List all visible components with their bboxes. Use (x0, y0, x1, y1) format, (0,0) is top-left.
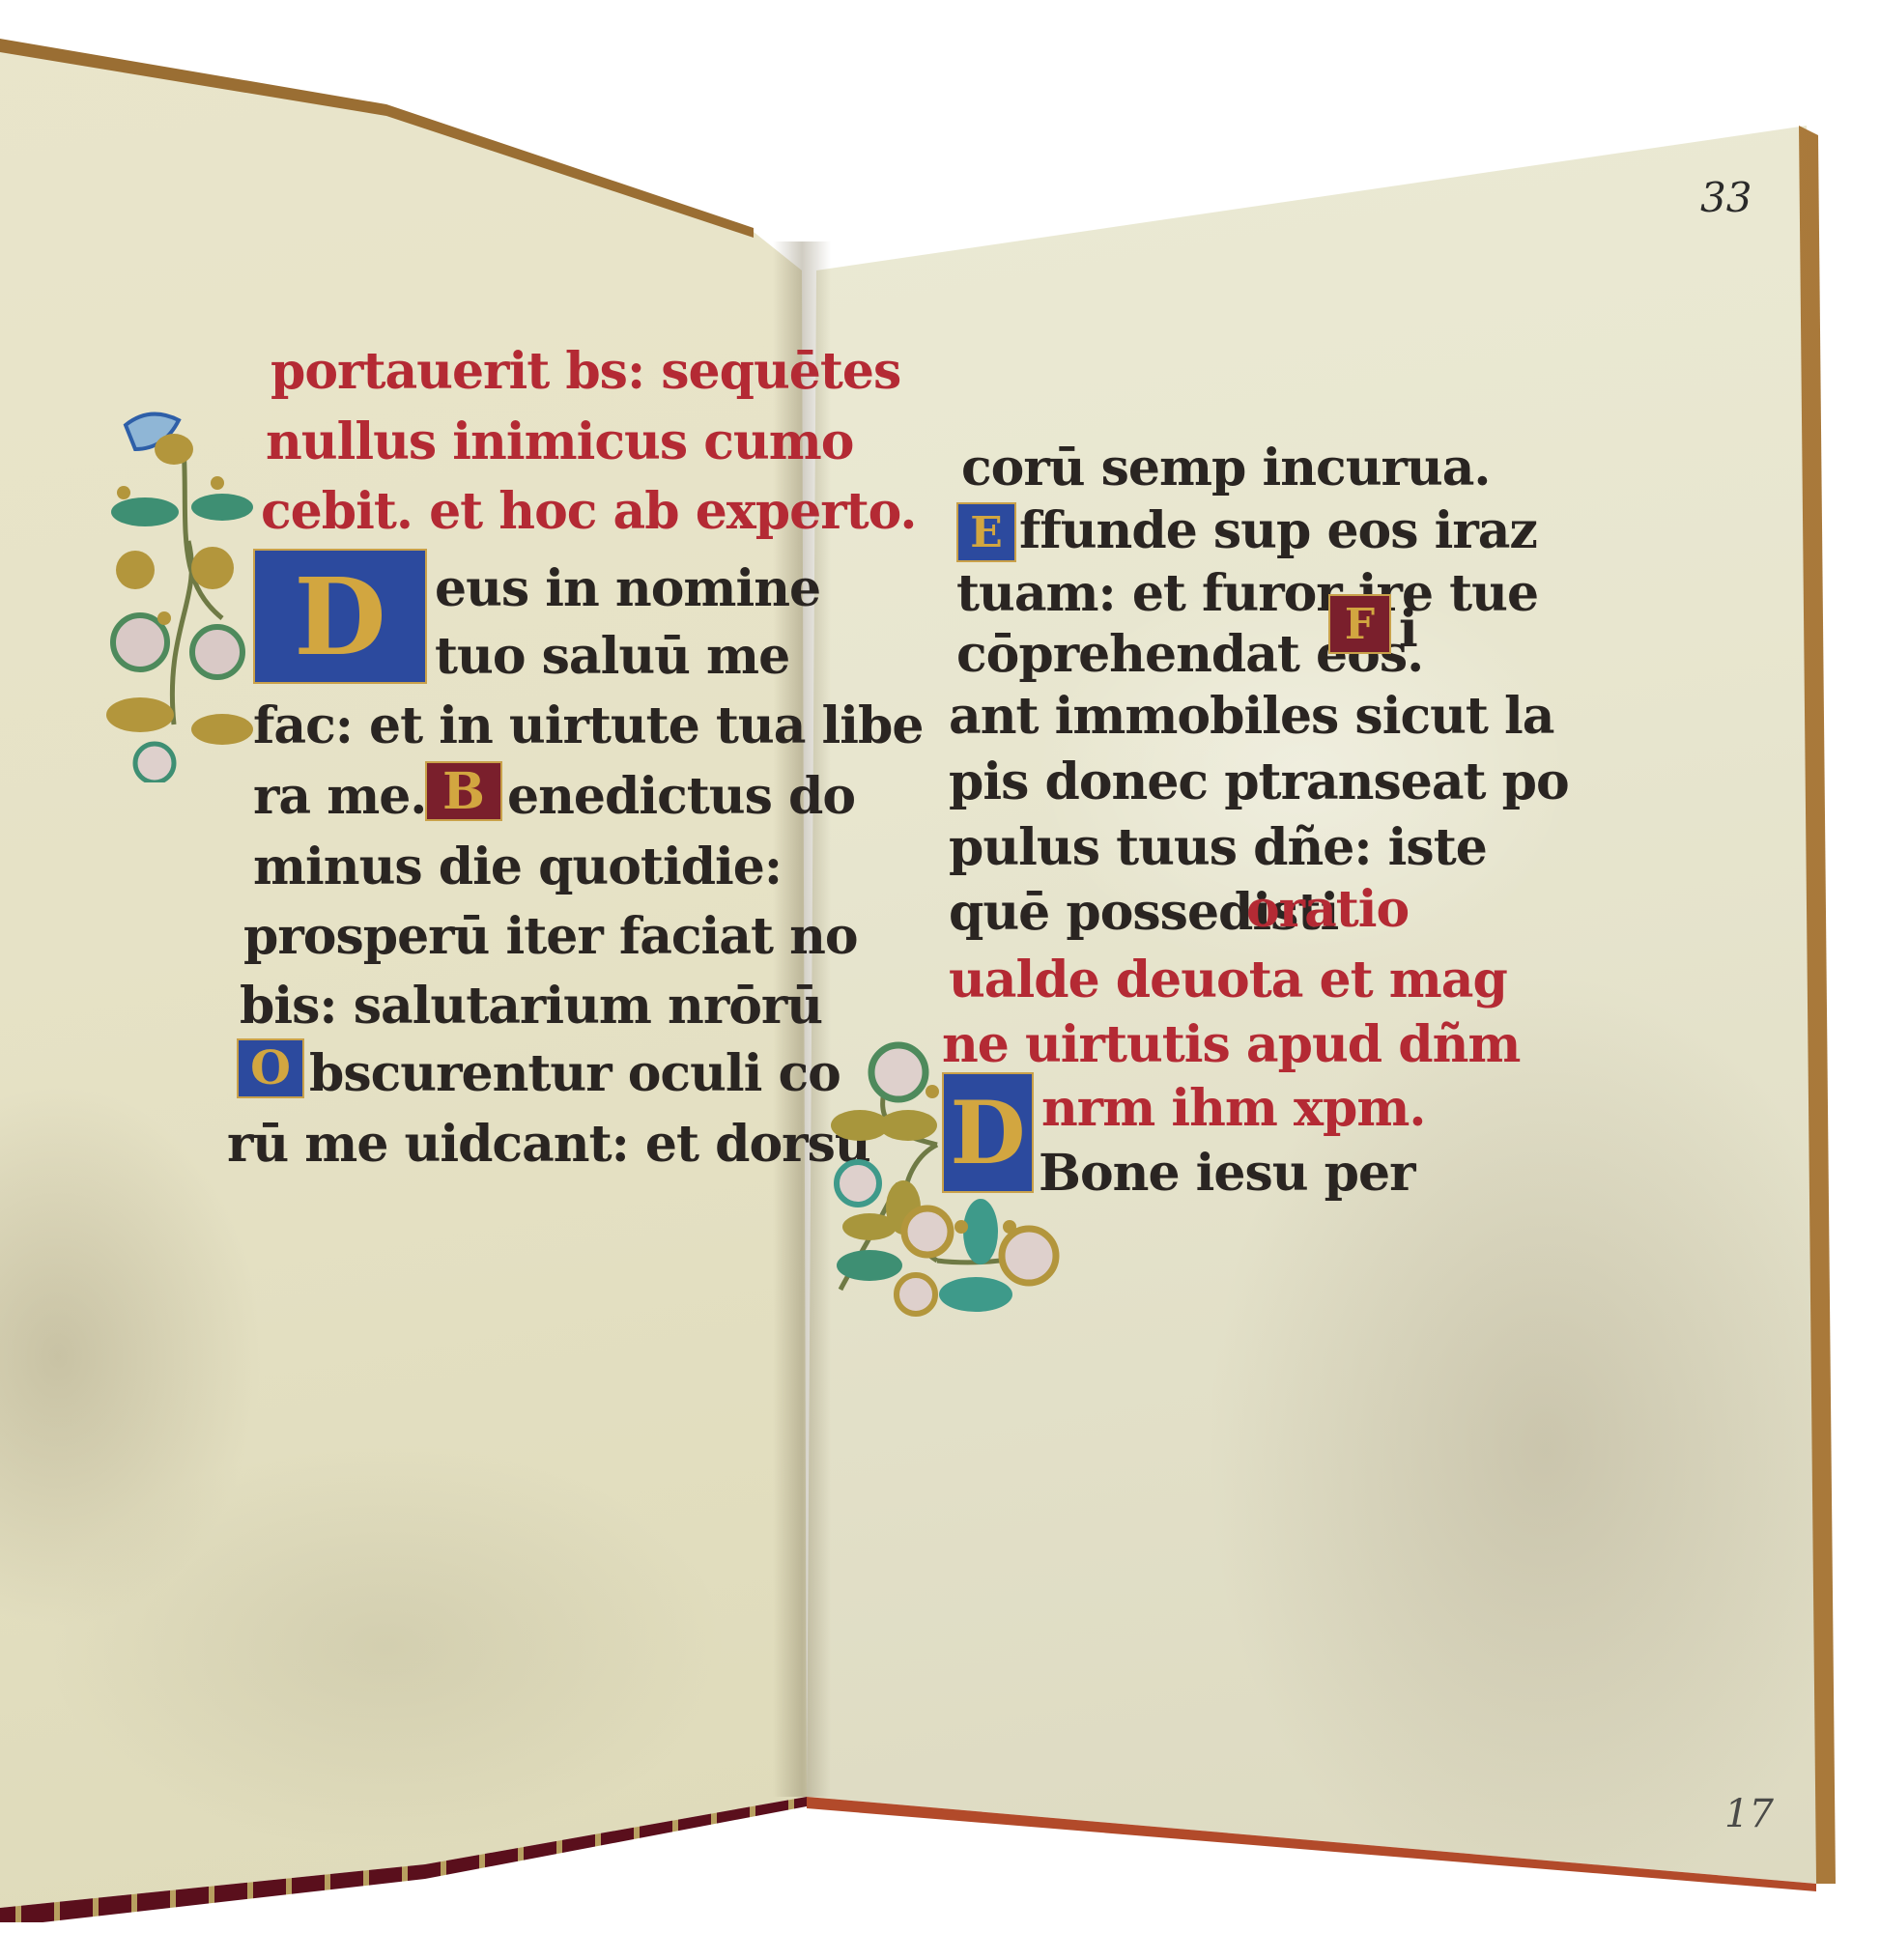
illuminated-initial-o: O (237, 1038, 304, 1098)
text-line: Bone iesu per (1039, 1145, 1415, 1203)
pencil-annotation: 17 (1724, 1792, 1774, 1836)
text-line: tuo saluū me (435, 628, 789, 686)
text-line: ualde deuota et mag (949, 952, 1507, 1009)
open-manuscript: portauerit bs: sequētes nullus inimicus … (0, 0, 1880, 1960)
text-line: cebit. et hoc ab experto. (261, 483, 917, 541)
text-line: corū semp incurua. (961, 440, 1491, 497)
text-line: enedictus do (507, 768, 855, 826)
folio-number: 33 (1700, 174, 1752, 221)
text-line: nullus inimicus cumo (266, 413, 853, 471)
floral-border-icon (831, 1038, 1063, 1319)
text-line: ant immobiles sicut la (949, 688, 1554, 746)
rubric-oratio: oratio (1246, 881, 1409, 939)
text-line: i (1399, 601, 1417, 659)
text-line: prosperū iter faciat no (243, 908, 858, 966)
floral-border-icon (97, 406, 271, 782)
text-line: fac: et in uirtute tua libe (253, 697, 923, 755)
text-line: ffunde sup eos iraz (1019, 502, 1537, 560)
text-line: pis donec ptranseat po (949, 753, 1569, 811)
text-line: pulus tuus dñe: iste (949, 819, 1487, 877)
text-line: minus die quotidie: (253, 838, 782, 896)
text-line: portauerit bs: sequētes (271, 343, 900, 401)
illuminated-initial-f: F (1328, 594, 1391, 654)
text-line: bis: salutarium nrōrū (240, 978, 822, 1036)
illuminated-initial-b: B (425, 761, 502, 821)
text-line: tuam: et furor ire tue (956, 565, 1538, 623)
text-line: bscurentur oculi co (309, 1045, 840, 1103)
text-line: eus in nomine (435, 560, 820, 618)
text-line: rū me uidcant: et dorsū (227, 1116, 870, 1174)
text-line: ra me. (253, 768, 426, 826)
illuminated-initial-e: E (956, 502, 1016, 562)
text-line: nrm ihm xpm. (1041, 1080, 1426, 1138)
illuminated-initial-d: D (253, 549, 427, 684)
